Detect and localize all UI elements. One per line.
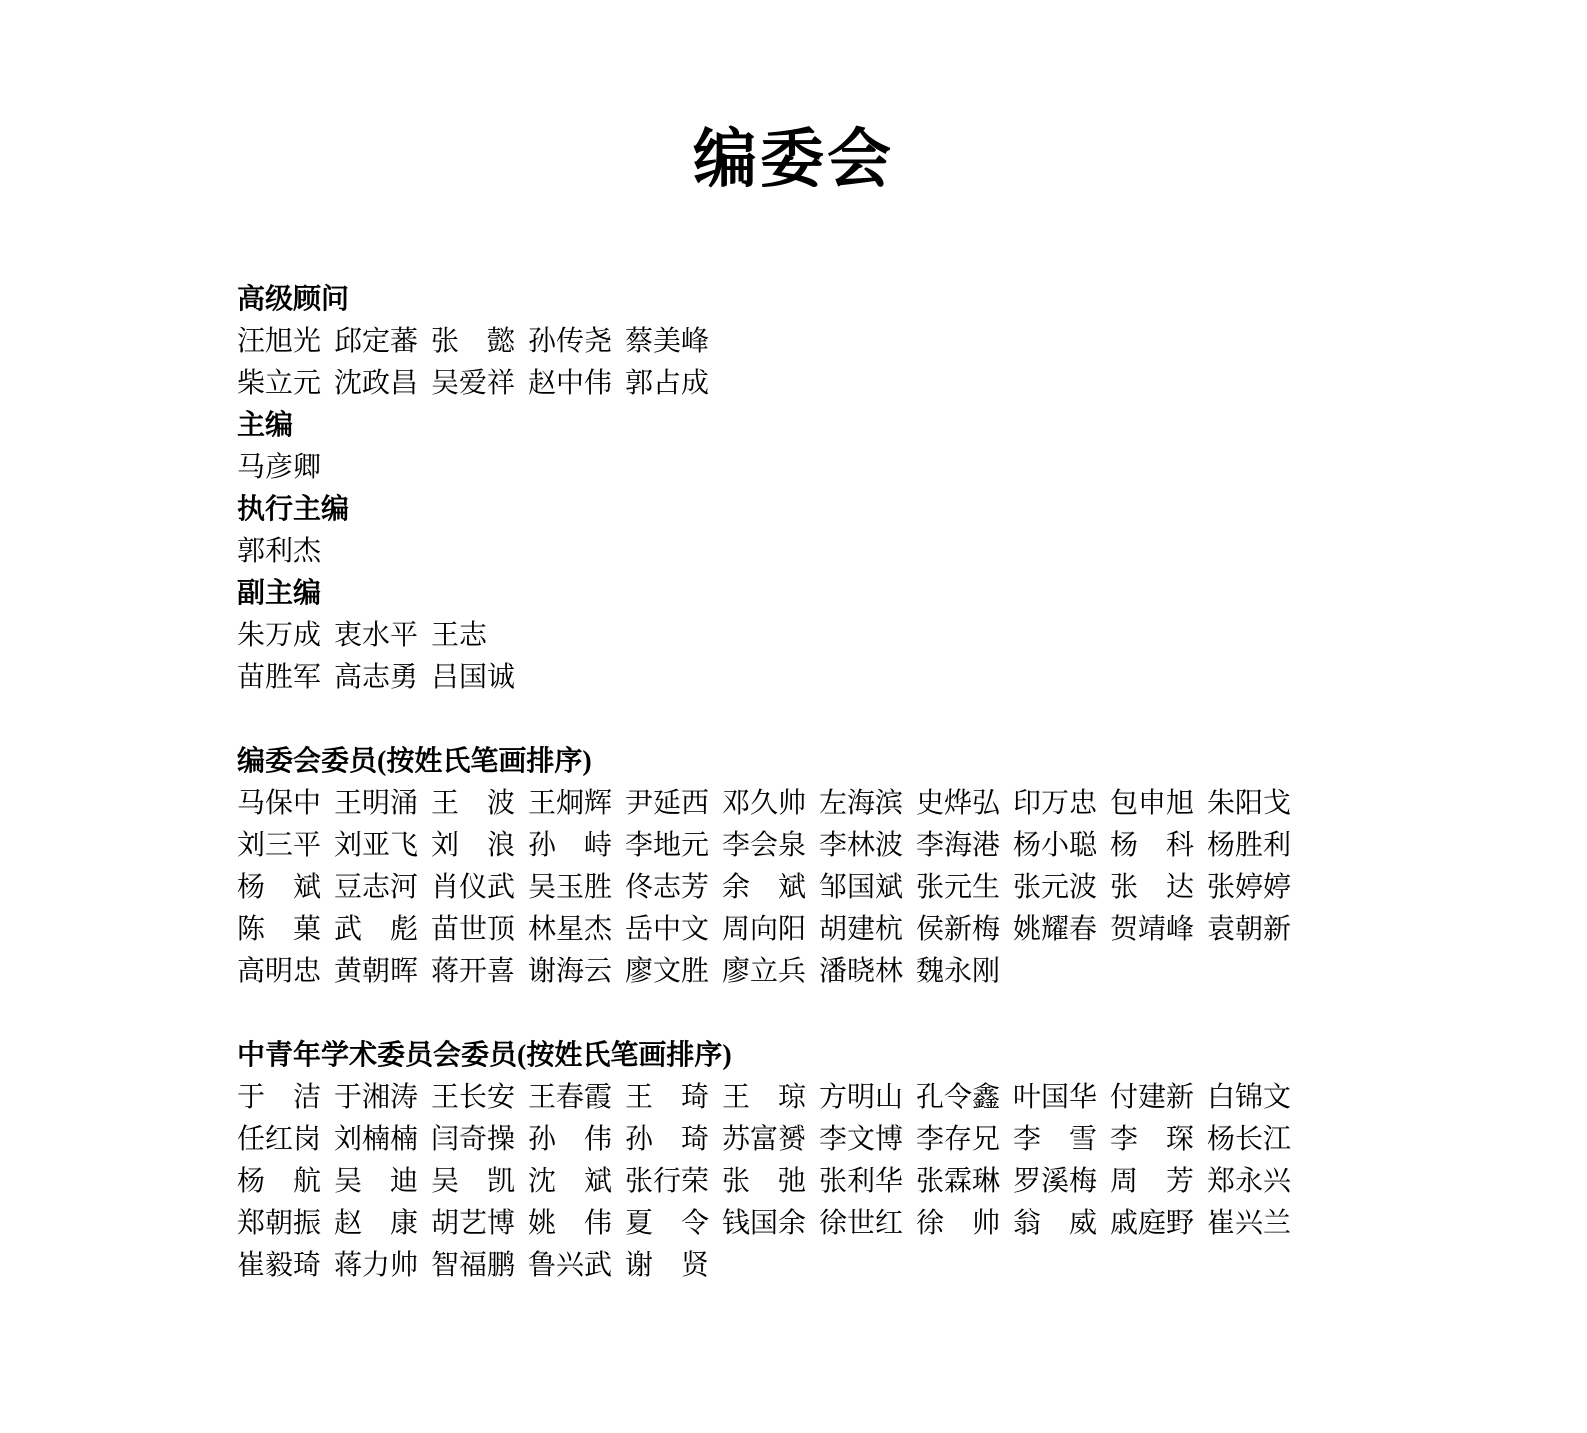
name-row: 郑朝振 赵 康 胡艺博 姚 伟 夏 令 钱国余 徐世红 徐 帅 翁 威 戚庭野 …: [237, 1203, 1467, 1245]
editorial-board-body: 高级顾问 汪旭光 邱定蕃 张 懿 孙传尧 蔡美峰 柴立元 沈政昌 吴爱祥 赵中伟…: [237, 279, 1467, 1287]
name-row: 朱万成 衷水平 王志: [237, 615, 1467, 657]
name-row: 郭利杰: [237, 531, 1467, 573]
name-row: 杨 航 吴 迪 吴 凯 沈 斌 张行荣 张 弛 张利华 张霖琳 罗溪梅 周 芳 …: [237, 1161, 1467, 1203]
name-row: 马保中 王明涌 王 波 王炯辉 尹延西 邓久帅 左海滨 史烨弘 印万忠 包申旭 …: [237, 783, 1467, 825]
section-heading-deputy-chief-editors: 副主编: [237, 573, 1467, 615]
name-row: 任红岗 刘楠楠 闫奇操 孙 伟 孙 琦 苏富赟 李文博 李存兄 李 雪 李 琛 …: [237, 1119, 1467, 1161]
document-page: 编委会 高级顾问 汪旭光 邱定蕃 张 懿 孙传尧 蔡美峰 柴立元 沈政昌 吴爱祥…: [0, 0, 1587, 1433]
name-row: 陈 菓 武 彪 苗世顶 林星杰 岳中文 周向阳 胡建杭 侯新梅 姚耀春 贺靖峰 …: [237, 909, 1467, 951]
name-row: 高明忠 黄朝晖 蒋开喜 谢海云 廖文胜 廖立兵 潘晓林 魏永刚: [237, 951, 1467, 993]
section-deputy-chief-editors: 副主编 朱万成 衷水平 王志 苗胜军 高志勇 吕国诚: [237, 573, 1467, 699]
section-senior-advisors: 高级顾问 汪旭光 邱定蕃 张 懿 孙传尧 蔡美峰 柴立元 沈政昌 吴爱祥 赵中伟…: [237, 279, 1467, 405]
name-row: 于 洁 于湘涛 王长安 王春霞 王 琦 王 琼 方明山 孔令鑫 叶国华 付建新 …: [237, 1077, 1467, 1119]
name-row: 杨 斌 豆志河 肖仪武 吴玉胜 佟志芳 余 斌 邹国斌 张元生 张元波 张 达 …: [237, 867, 1467, 909]
page-title: 编委会: [0, 0, 1587, 199]
section-heading-executive-chief-editor: 执行主编: [237, 489, 1467, 531]
name-row: 苗胜军 高志勇 吕国诚: [237, 657, 1467, 699]
name-row: 刘三平 刘亚飞 刘 浪 孙 峙 李地元 李会泉 李林波 李海港 杨小聪 杨 科 …: [237, 825, 1467, 867]
name-row: 汪旭光 邱定蕃 张 懿 孙传尧 蔡美峰: [237, 321, 1467, 363]
section-heading-editorial-board-members: 编委会委员(按姓氏笔画排序): [237, 741, 1467, 783]
section-heading-chief-editor: 主编: [237, 405, 1467, 447]
name-row: 崔毅琦 蒋力帅 智福鹏 鲁兴武 谢 贤: [237, 1245, 1467, 1287]
section-chief-editor: 主编 马彦卿: [237, 405, 1467, 489]
name-row: 马彦卿: [237, 447, 1467, 489]
section-young-academic-committee: 中青年学术委员会委员(按姓氏笔画排序) 于 洁 于湘涛 王长安 王春霞 王 琦 …: [237, 1035, 1467, 1287]
section-heading-young-academic-committee: 中青年学术委员会委员(按姓氏笔画排序): [237, 1035, 1467, 1077]
name-row: 柴立元 沈政昌 吴爱祥 赵中伟 郭占成: [237, 363, 1467, 405]
section-heading-senior-advisors: 高级顾问: [237, 279, 1467, 321]
section-editorial-board-members: 编委会委员(按姓氏笔画排序) 马保中 王明涌 王 波 王炯辉 尹延西 邓久帅 左…: [237, 741, 1467, 993]
section-executive-chief-editor: 执行主编 郭利杰: [237, 489, 1467, 573]
